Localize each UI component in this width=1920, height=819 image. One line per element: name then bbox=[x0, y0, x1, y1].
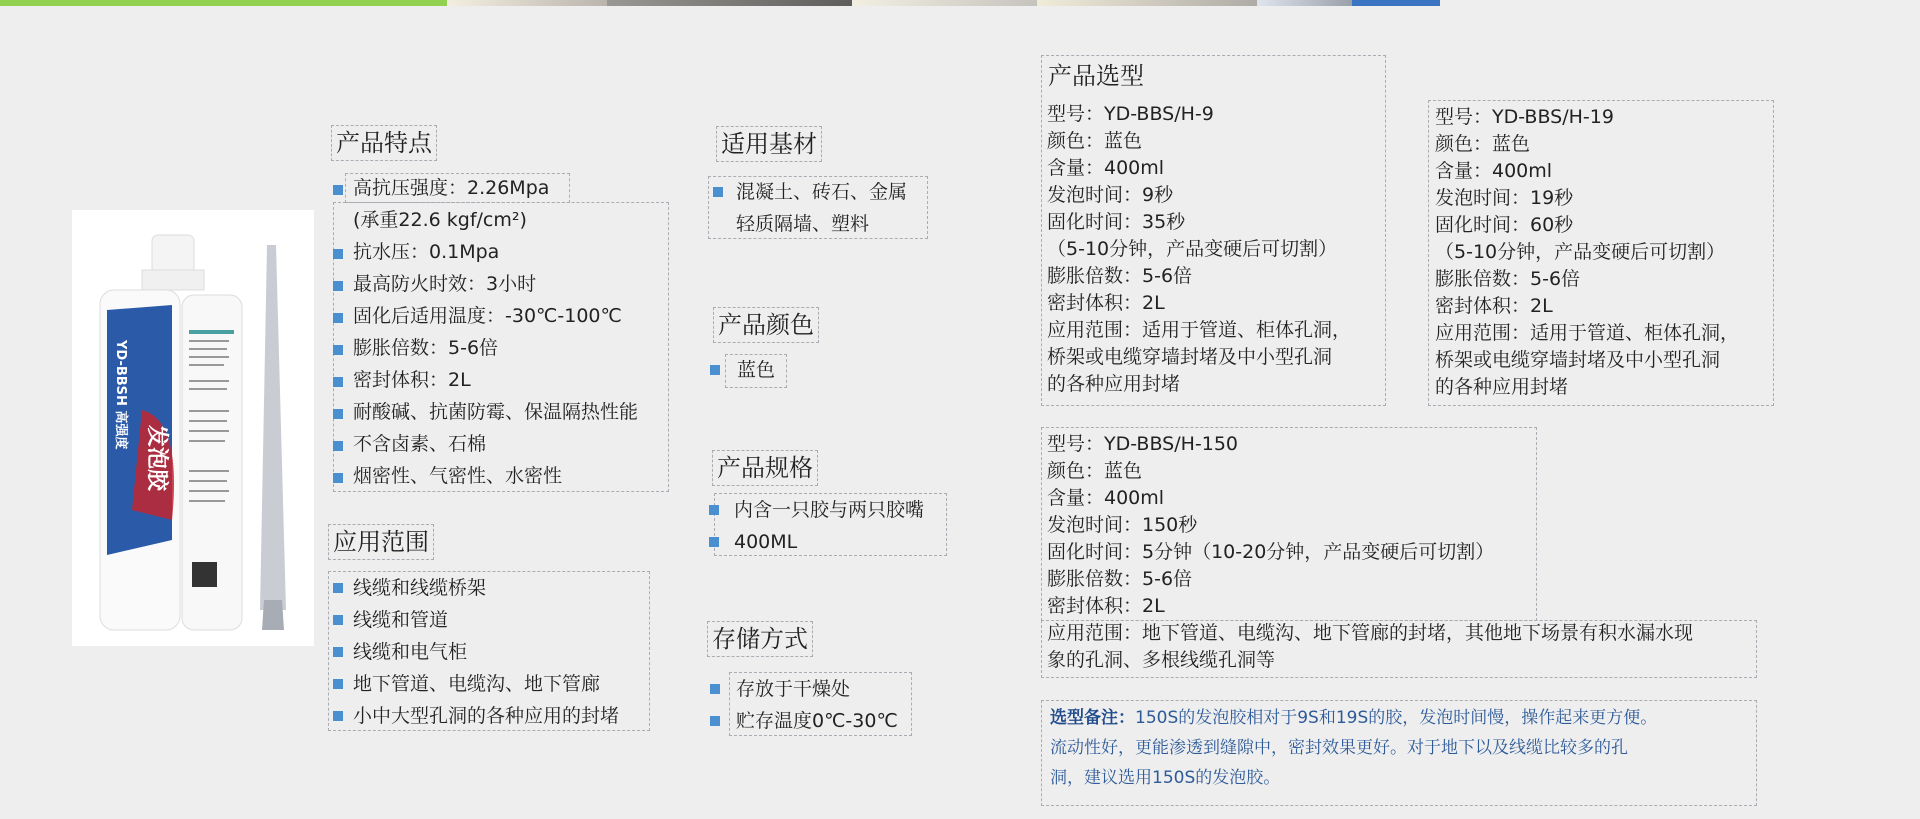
spec-line: 膨胀倍数：5-6倍 bbox=[1047, 566, 1693, 593]
bullet-icon bbox=[333, 583, 343, 593]
selection-title: 产品选型 bbox=[1048, 58, 1144, 94]
spec-line: 颜色：蓝色 bbox=[1047, 128, 1351, 155]
note-line: 流动性好，更能渗透到缝隙中，密封效果更好。对于地下以及线缆比较多的孔 bbox=[1050, 733, 1657, 763]
spec-line: 膨胀倍数：5-6倍 bbox=[1435, 266, 1739, 293]
spec-line: 固化时间：60秒 bbox=[1435, 212, 1739, 239]
spec-line: 密封体积：2L bbox=[1047, 290, 1351, 317]
spec-line: 的各种应用封堵 bbox=[1047, 371, 1351, 398]
selection-note: 选型备注：150S的发泡胶相对于9S和19S的胶，发泡时间慢，操作起来更方便。 … bbox=[1050, 703, 1657, 793]
spec-line: 发泡时间：150秒 bbox=[1047, 512, 1693, 539]
spec-line: 象的孔洞、多根线缆孔洞等 bbox=[1047, 647, 1693, 674]
features-title: 产品特点 bbox=[331, 125, 437, 161]
substrate-title: 适用基材 bbox=[716, 126, 822, 162]
strip-segment bbox=[447, 0, 607, 6]
spec-line: 的各种应用封堵 bbox=[1435, 374, 1739, 401]
substrate-line: 混凝土、砖石、金属 bbox=[713, 176, 907, 208]
spec-item: 400ML bbox=[709, 526, 924, 558]
substrate-line: 轻质隔墙、塑料 bbox=[713, 208, 907, 240]
spec-line: 应用范围：适用于管道、柜体孔洞， bbox=[1435, 320, 1739, 347]
foam-cartridge-icon: YD-BBSH 高强度 发泡胶 bbox=[72, 210, 314, 646]
strip-segment bbox=[1352, 0, 1440, 6]
strip-segment bbox=[1257, 0, 1352, 6]
application-item: 地下管道、电缆沟、地下管廊 bbox=[333, 668, 619, 700]
bullet-icon bbox=[333, 377, 343, 387]
bullet-icon bbox=[333, 647, 343, 657]
feature-item: 膨胀倍数：5-6倍 bbox=[333, 332, 638, 364]
spec-title: 产品规格 bbox=[712, 450, 818, 486]
feature-item: 不含卤素、石棉 bbox=[333, 428, 638, 460]
feature-item: 抗水压：0.1Mpa bbox=[333, 236, 638, 268]
spec-list: 内含一只胶与两只胶嘴 400ML bbox=[709, 494, 924, 558]
application-title: 应用范围 bbox=[328, 524, 434, 560]
strip-segment bbox=[0, 0, 447, 6]
spec-line: 颜色：蓝色 bbox=[1435, 131, 1739, 158]
bullet-icon bbox=[333, 185, 343, 195]
spec-line: 含量：400ml bbox=[1047, 155, 1351, 182]
spec-line: （5-10分钟，产品变硬后可切割） bbox=[1435, 239, 1739, 266]
spec-item: 内含一只胶与两只胶嘴 bbox=[709, 494, 924, 526]
feature-item: 高抗压强度：2.26Mpa bbox=[333, 172, 638, 204]
svg-text:发泡胶: 发泡胶 bbox=[144, 425, 170, 492]
model-h19-specs: 型号：YD-BBS/H-19 颜色：蓝色 含量：400ml 发泡时间：19秒 固… bbox=[1435, 104, 1739, 401]
bullet-icon bbox=[710, 365, 720, 375]
application-item: 线缆和电气柜 bbox=[333, 636, 619, 668]
bullet-icon bbox=[333, 711, 343, 721]
top-image-strip bbox=[0, 0, 1440, 6]
product-image: YD-BBSH 高强度 发泡胶 bbox=[72, 210, 314, 646]
bullet-icon bbox=[709, 505, 719, 515]
feature-item: (承重22.6 kgf/cm²) bbox=[333, 204, 638, 236]
spec-line: 发泡时间：9秒 bbox=[1047, 182, 1351, 209]
bullet-icon bbox=[333, 249, 343, 259]
model-h150-specs: 型号：YD-BBS/H-150 颜色：蓝色 含量：400ml 发泡时间：150秒… bbox=[1047, 431, 1693, 674]
bullet-icon bbox=[333, 345, 343, 355]
model-h9-specs: 型号：YD-BBS/H-9 颜色：蓝色 含量：400ml 发泡时间：9秒 固化时… bbox=[1047, 101, 1351, 398]
application-item: 线缆和管道 bbox=[333, 604, 619, 636]
storage-title: 存储方式 bbox=[707, 621, 813, 657]
feature-item: 最高防火时效：3小时 bbox=[333, 268, 638, 300]
spec-line: 发泡时间：19秒 bbox=[1435, 185, 1739, 212]
bullet-icon bbox=[710, 716, 720, 726]
storage-list: 存放于干燥处 贮存温度0℃-30℃ bbox=[710, 673, 898, 737]
spec-line: 型号：YD-BBS/H-9 bbox=[1047, 101, 1351, 128]
bullet-icon bbox=[333, 281, 343, 291]
spec-line: （5-10分钟，产品变硬后可切割） bbox=[1047, 236, 1351, 263]
bullet-icon bbox=[333, 615, 343, 625]
spec-line: 桥架或电缆穿墙封堵及中小型孔洞 bbox=[1047, 344, 1351, 371]
color-item: 蓝色 bbox=[710, 354, 775, 386]
feature-item: 固化后适用温度：-30℃-100℃ bbox=[333, 300, 638, 332]
svg-text:YD-BBSH 高强度: YD-BBSH 高强度 bbox=[113, 339, 129, 449]
application-item: 线缆和线缆桥架 bbox=[333, 572, 619, 604]
bullet-icon bbox=[333, 441, 343, 451]
spec-line: 固化时间：35秒 bbox=[1047, 209, 1351, 236]
feature-item: 密封体积：2L bbox=[333, 364, 638, 396]
color-title: 产品颜色 bbox=[713, 307, 819, 343]
bullet-icon bbox=[333, 679, 343, 689]
spec-line: 密封体积：2L bbox=[1435, 293, 1739, 320]
storage-item: 贮存温度0℃-30℃ bbox=[710, 705, 898, 737]
bullet-icon bbox=[713, 187, 723, 197]
spec-line: 固化时间：5分钟（10-20分钟，产品变硬后可切割） bbox=[1047, 539, 1693, 566]
note-label: 选型备注： bbox=[1050, 708, 1135, 728]
feature-item: 烟密性、气密性、水密性 bbox=[333, 460, 638, 492]
note-line: 选型备注：150S的发泡胶相对于9S和19S的胶，发泡时间慢，操作起来更方便。 bbox=[1050, 703, 1657, 733]
spec-line: 桥架或电缆穿墙封堵及中小型孔洞 bbox=[1435, 347, 1739, 374]
feature-item: 耐酸碱、抗菌防霉、保温隔热性能 bbox=[333, 396, 638, 428]
spec-line: 型号：YD-BBS/H-150 bbox=[1047, 431, 1693, 458]
note-line: 洞，建议选用150S的发泡胶。 bbox=[1050, 763, 1657, 793]
spec-line: 型号：YD-BBS/H-19 bbox=[1435, 104, 1739, 131]
bullet-icon bbox=[333, 473, 343, 483]
storage-item: 存放于干燥处 bbox=[710, 673, 898, 705]
bullet-icon bbox=[333, 313, 343, 323]
strip-segment bbox=[607, 0, 852, 6]
spec-line: 颜色：蓝色 bbox=[1047, 458, 1693, 485]
bullet-icon bbox=[709, 537, 719, 547]
features-list: 高抗压强度：2.26Mpa (承重22.6 kgf/cm²) 抗水压：0.1Mp… bbox=[333, 172, 638, 492]
bullet-icon bbox=[710, 684, 720, 694]
spec-line: 密封体积：2L bbox=[1047, 593, 1693, 620]
strip-segment bbox=[1037, 0, 1257, 6]
application-item: 小中大型孔洞的各种应用的封堵 bbox=[333, 700, 619, 732]
strip-segment bbox=[852, 0, 1037, 6]
bullet-icon bbox=[333, 409, 343, 419]
spec-line: 应用范围：适用于管道、柜体孔洞， bbox=[1047, 317, 1351, 344]
spec-line: 含量：400ml bbox=[1047, 485, 1693, 512]
substrate-list: 混凝土、砖石、金属 轻质隔墙、塑料 bbox=[713, 176, 907, 240]
spec-line: 膨胀倍数：5-6倍 bbox=[1047, 263, 1351, 290]
spec-line: 含量：400ml bbox=[1435, 158, 1739, 185]
spec-line: 应用范围：地下管道、电缆沟、地下管廊的封堵，其他地下场景有积水漏水现 bbox=[1047, 620, 1693, 647]
application-list: 线缆和线缆桥架 线缆和管道 线缆和电气柜 地下管道、电缆沟、地下管廊 小中大型孔… bbox=[333, 572, 619, 732]
